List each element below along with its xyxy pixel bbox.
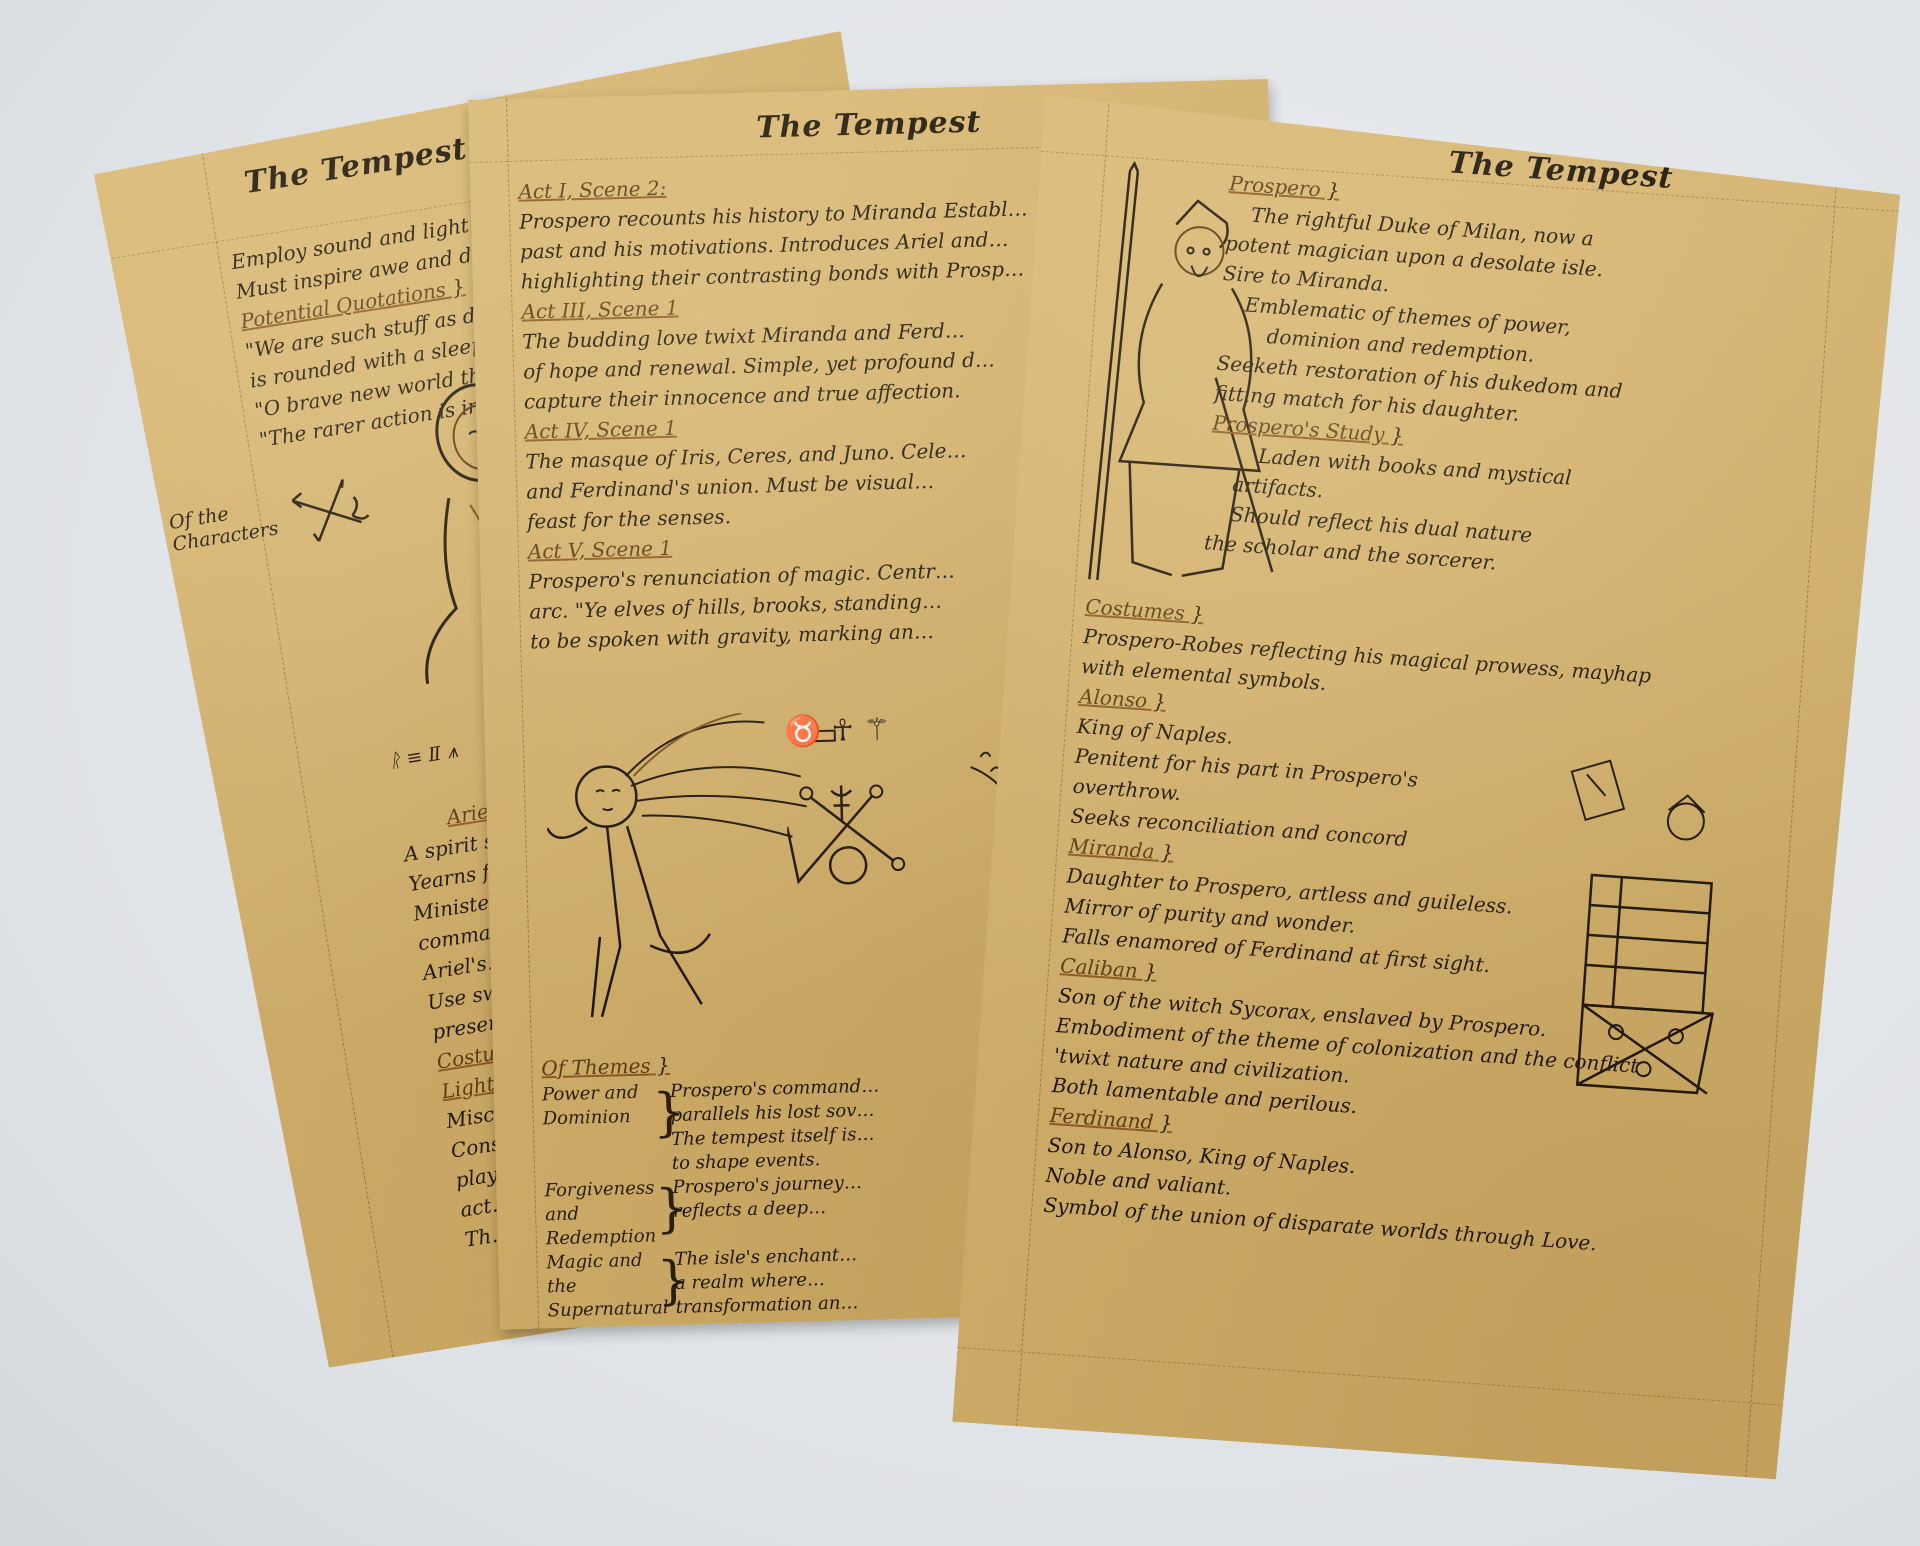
footer-rule [957,1347,1815,1408]
theme-key: Power and Dominion [542,1081,654,1180]
prospero-notes: Prospero The rightful Duke of Milan, now… [1203,168,1869,602]
brace-glyph: } [654,1176,674,1248]
arrow-sigil-sketch [285,471,375,553]
scholar-at-lectern-sketch [1535,753,1760,1126]
rune-glyphs: ᚱ ≡ Ⅱ ⩚ [388,740,460,773]
theme-key: Forgiveness and Redemption [544,1176,656,1251]
characters-margin-note: Of the Characters [168,498,264,556]
crossed-wands-sigil-sketch [786,778,929,892]
right-page: The Tempest Prospero The rightful Duke o… [952,95,1903,1482]
brace-glyph: } [656,1248,676,1320]
theme-key: Magic and the Supernatural [546,1248,658,1323]
alchemical-symbols: ♉ ☥ ⚚ [784,719,890,744]
